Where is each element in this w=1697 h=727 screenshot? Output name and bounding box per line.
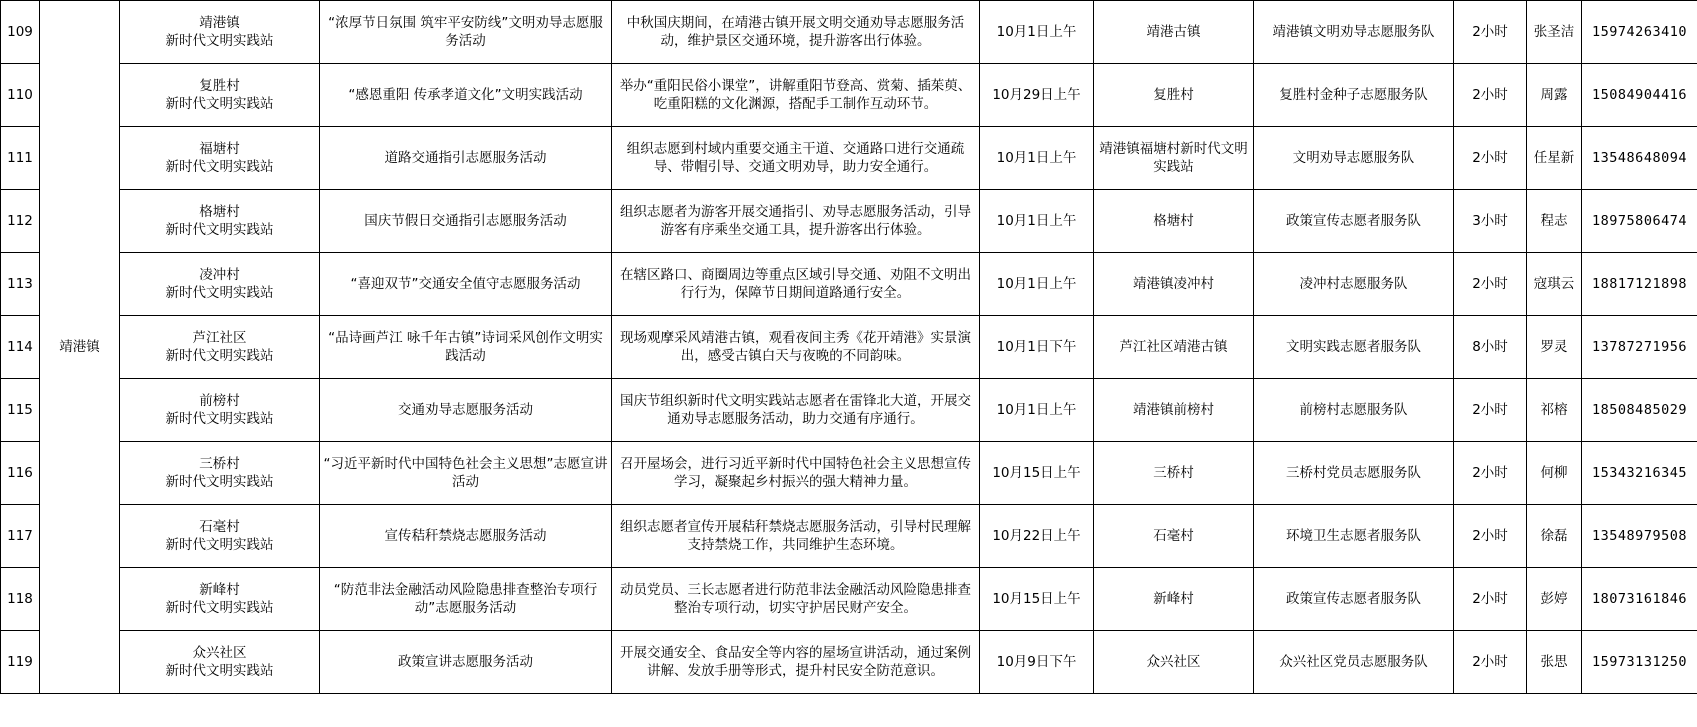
station-suffix: 新时代文明实践站	[123, 473, 316, 491]
row-number-cell: 117	[1, 505, 40, 568]
activity-location-cell: 新峰村	[1094, 568, 1254, 631]
duration-cell: 2小时	[1454, 442, 1527, 505]
station-suffix: 新时代文明实践站	[123, 410, 316, 428]
station-cell: 新峰村新时代文明实践站	[120, 568, 320, 631]
table-row: 119众兴社区新时代文明实践站政策宣讲志愿服务活动开展交通安全、食品安全等内容的…	[1, 631, 1697, 694]
contact-phone-cell: 18508485029	[1582, 379, 1697, 442]
activity-time-cell: 10月1日上午	[980, 379, 1094, 442]
station-cell: 三桥村新时代文明实践站	[120, 442, 320, 505]
contact-phone-cell: 15974263410	[1582, 1, 1697, 64]
row-number-cell: 114	[1, 316, 40, 379]
activity-description-cell: 举办“重阳民俗小课堂”，讲解重阳节登高、赏菊、插茱萸、吃重阳糕的文化渊源，搭配手…	[612, 64, 980, 127]
station-name: 凌冲村	[123, 266, 316, 284]
town-cell: 靖港镇	[40, 1, 120, 694]
duration-cell: 3小时	[1454, 190, 1527, 253]
activity-name-cell: “感恩重阳 传承孝道文化”文明实践活动	[320, 64, 612, 127]
contact-phone-cell: 13548979508	[1582, 505, 1697, 568]
activity-location-cell: 靖港镇凌冲村	[1094, 253, 1254, 316]
activity-description-cell: 中秋国庆期间，在靖港古镇开展文明交通劝导志愿服务活动，维护景区交通环境，提升游客…	[612, 1, 980, 64]
row-number-cell: 118	[1, 568, 40, 631]
table-row: 112格塘村新时代文明实践站国庆节假日交通指引志愿服务活动组织志愿者为游客开展交…	[1, 190, 1697, 253]
station-suffix: 新时代文明实践站	[123, 284, 316, 302]
contact-person-cell: 张圣洁	[1527, 1, 1582, 64]
duration-cell: 8小时	[1454, 316, 1527, 379]
station-name: 福塘村	[123, 140, 316, 158]
row-number-cell: 119	[1, 631, 40, 694]
table-row: 110复胜村新时代文明实践站“感恩重阳 传承孝道文化”文明实践活动举办“重阳民俗…	[1, 64, 1697, 127]
volunteer-team-cell: 政策宣传志愿者服务队	[1254, 190, 1454, 253]
station-suffix: 新时代文明实践站	[123, 347, 316, 365]
duration-cell: 2小时	[1454, 379, 1527, 442]
contact-phone-cell: 18073161846	[1582, 568, 1697, 631]
contact-person-cell: 张思	[1527, 631, 1582, 694]
table-row: 109靖港镇靖港镇新时代文明实践站“浓厚节日氛围 筑牢平安防线”文明劝导志愿服务…	[1, 1, 1697, 64]
volunteer-team-cell: 众兴社区党员志愿服务队	[1254, 631, 1454, 694]
row-number-cell: 111	[1, 127, 40, 190]
station-suffix: 新时代文明实践站	[123, 536, 316, 554]
duration-cell: 2小时	[1454, 505, 1527, 568]
table-row: 116三桥村新时代文明实践站“习近平新时代中国特色社会主义思想”志愿宣讲活动召开…	[1, 442, 1697, 505]
activity-location-cell: 三桥村	[1094, 442, 1254, 505]
activity-name-cell: “品诗画芦江 咏千年古镇”诗词采风创作文明实践活动	[320, 316, 612, 379]
activity-table: 109靖港镇靖港镇新时代文明实践站“浓厚节日氛围 筑牢平安防线”文明劝导志愿服务…	[0, 0, 1697, 694]
volunteer-team-cell: 环境卫生志愿者服务队	[1254, 505, 1454, 568]
activity-name-cell: 交通劝导志愿服务活动	[320, 379, 612, 442]
station-cell: 复胜村新时代文明实践站	[120, 64, 320, 127]
volunteer-team-cell: 文明实践志愿者服务队	[1254, 316, 1454, 379]
station-cell: 前榜村新时代文明实践站	[120, 379, 320, 442]
activity-location-cell: 靖港镇福塘村新时代文明实践站	[1094, 127, 1254, 190]
volunteer-team-cell: 复胜村金种子志愿服务队	[1254, 64, 1454, 127]
activity-description-cell: 动员党员、三长志愿者进行防范非法金融活动风险隐患排查整治专项行动，切实守护居民财…	[612, 568, 980, 631]
activity-location-cell: 芦江社区靖港古镇	[1094, 316, 1254, 379]
contact-phone-cell: 13787271956	[1582, 316, 1697, 379]
activity-location-cell: 靖港古镇	[1094, 1, 1254, 64]
row-number-cell: 115	[1, 379, 40, 442]
contact-phone-cell: 15973131250	[1582, 631, 1697, 694]
station-suffix: 新时代文明实践站	[123, 221, 316, 239]
station-cell: 福塘村新时代文明实践站	[120, 127, 320, 190]
activity-name-cell: “浓厚节日氛围 筑牢平安防线”文明劝导志愿服务活动	[320, 1, 612, 64]
activity-name-cell: 道路交通指引志愿服务活动	[320, 127, 612, 190]
station-suffix: 新时代文明实践站	[123, 32, 316, 50]
duration-cell: 2小时	[1454, 631, 1527, 694]
station-name: 众兴社区	[123, 644, 316, 662]
activity-time-cell: 10月15日上午	[980, 568, 1094, 631]
activity-description-cell: 组织志愿到村域内重要交通主干道、交通路口进行交通疏导、带帽引导、交通文明劝导，助…	[612, 127, 980, 190]
table-row: 115前榜村新时代文明实践站交通劝导志愿服务活动国庆节组织新时代文明实践站志愿者…	[1, 379, 1697, 442]
activity-description-cell: 召开屋场会，进行习近平新时代中国特色社会主义思想宣传学习，凝聚起乡村振兴的强大精…	[612, 442, 980, 505]
volunteer-team-cell: 政策宣传志愿者服务队	[1254, 568, 1454, 631]
duration-cell: 2小时	[1454, 568, 1527, 631]
activity-location-cell: 靖港镇前榜村	[1094, 379, 1254, 442]
activity-time-cell: 10月29日上午	[980, 64, 1094, 127]
activity-time-cell: 10月1日上午	[980, 127, 1094, 190]
station-cell: 石毫村新时代文明实践站	[120, 505, 320, 568]
activity-name-cell: “防范非法金融活动风险隐患排查整治专项行动”志愿服务活动	[320, 568, 612, 631]
activity-description-cell: 开展交通安全、食品安全等内容的屋场宣讲活动，通过案例讲解、发放手册等形式，提升村…	[612, 631, 980, 694]
volunteer-team-cell: 前榜村志愿服务队	[1254, 379, 1454, 442]
row-number-cell: 113	[1, 253, 40, 316]
station-name: 格塘村	[123, 203, 316, 221]
station-suffix: 新时代文明实践站	[123, 662, 316, 680]
contact-phone-cell: 18975806474	[1582, 190, 1697, 253]
contact-person-cell: 何柳	[1527, 442, 1582, 505]
activity-time-cell: 10月1日上午	[980, 1, 1094, 64]
activity-description-cell: 国庆节组织新时代文明实践站志愿者在雷锋北大道，开展交通劝导志愿服务活动，助力交通…	[612, 379, 980, 442]
table-row: 113凌冲村新时代文明实践站“喜迎双节”交通安全值守志愿服务活动在辖区路口、商圈…	[1, 253, 1697, 316]
activity-location-cell: 众兴社区	[1094, 631, 1254, 694]
contact-person-cell: 彭婷	[1527, 568, 1582, 631]
station-name: 靖港镇	[123, 14, 316, 32]
station-cell: 靖港镇新时代文明实践站	[120, 1, 320, 64]
volunteer-team-cell: 三桥村党员志愿服务队	[1254, 442, 1454, 505]
contact-person-cell: 寇琪云	[1527, 253, 1582, 316]
activity-time-cell: 10月22日上午	[980, 505, 1094, 568]
activity-name-cell: 国庆节假日交通指引志愿服务活动	[320, 190, 612, 253]
activity-name-cell: “习近平新时代中国特色社会主义思想”志愿宣讲活动	[320, 442, 612, 505]
table-row: 118新峰村新时代文明实践站“防范非法金融活动风险隐患排查整治专项行动”志愿服务…	[1, 568, 1697, 631]
activity-description-cell: 在辖区路口、商圈周边等重点区域引导交通、劝阻不文明出行行为，保障节日期间道路通行…	[612, 253, 980, 316]
activity-description-cell: 组织志愿者宣传开展秸秆禁烧志愿服务活动，引导村民理解支持禁烧工作，共同维护生态环…	[612, 505, 980, 568]
row-number-cell: 110	[1, 64, 40, 127]
station-name: 复胜村	[123, 77, 316, 95]
contact-person-cell: 罗灵	[1527, 316, 1582, 379]
activity-description-cell: 现场观摩采风靖港古镇，观看夜间主秀《花开靖港》实景演出，感受古镇白天与夜晚的不同…	[612, 316, 980, 379]
station-suffix: 新时代文明实践站	[123, 95, 316, 113]
row-number-cell: 112	[1, 190, 40, 253]
contact-phone-cell: 15343216345	[1582, 442, 1697, 505]
activity-name-cell: 宣传秸秆禁烧志愿服务活动	[320, 505, 612, 568]
activity-time-cell: 10月1日上午	[980, 190, 1094, 253]
station-cell: 众兴社区新时代文明实践站	[120, 631, 320, 694]
station-cell: 芦江社区新时代文明实践站	[120, 316, 320, 379]
contact-person-cell: 周露	[1527, 64, 1582, 127]
contact-phone-cell: 15084904416	[1582, 64, 1697, 127]
volunteer-team-cell: 靖港镇文明劝导志愿服务队	[1254, 1, 1454, 64]
station-name: 新峰村	[123, 581, 316, 599]
activity-description-cell: 组织志愿者为游客开展交通指引、劝导志愿服务活动，引导游客有序乘坐交通工具，提升游…	[612, 190, 980, 253]
duration-cell: 2小时	[1454, 253, 1527, 316]
station-name: 三桥村	[123, 455, 316, 473]
activity-time-cell: 10月15日上午	[980, 442, 1094, 505]
station-cell: 格塘村新时代文明实践站	[120, 190, 320, 253]
activity-time-cell: 10月9日下午	[980, 631, 1094, 694]
contact-phone-cell: 13548648094	[1582, 127, 1697, 190]
table-row: 111福塘村新时代文明实践站道路交通指引志愿服务活动组织志愿到村域内重要交通主干…	[1, 127, 1697, 190]
station-suffix: 新时代文明实践站	[123, 158, 316, 176]
row-number-cell: 116	[1, 442, 40, 505]
contact-phone-cell: 18817121898	[1582, 253, 1697, 316]
contact-person-cell: 任星新	[1527, 127, 1582, 190]
activity-time-cell: 10月1日下午	[980, 316, 1094, 379]
duration-cell: 2小时	[1454, 127, 1527, 190]
table-body: 109靖港镇靖港镇新时代文明实践站“浓厚节日氛围 筑牢平安防线”文明劝导志愿服务…	[1, 1, 1697, 694]
duration-cell: 2小时	[1454, 1, 1527, 64]
contact-person-cell: 徐磊	[1527, 505, 1582, 568]
station-cell: 凌冲村新时代文明实践站	[120, 253, 320, 316]
activity-location-cell: 格塘村	[1094, 190, 1254, 253]
table-row: 117石毫村新时代文明实践站宣传秸秆禁烧志愿服务活动组织志愿者宣传开展秸秆禁烧志…	[1, 505, 1697, 568]
contact-person-cell: 程志	[1527, 190, 1582, 253]
station-name: 芦江社区	[123, 329, 316, 347]
activity-location-cell: 复胜村	[1094, 64, 1254, 127]
row-number-cell: 109	[1, 1, 40, 64]
station-name: 前榜村	[123, 392, 316, 410]
station-name: 石毫村	[123, 518, 316, 536]
activity-name-cell: “喜迎双节”交通安全值守志愿服务活动	[320, 253, 612, 316]
station-suffix: 新时代文明实践站	[123, 599, 316, 617]
activity-location-cell: 石毫村	[1094, 505, 1254, 568]
table-row: 114芦江社区新时代文明实践站“品诗画芦江 咏千年古镇”诗词采风创作文明实践活动…	[1, 316, 1697, 379]
volunteer-team-cell: 文明劝导志愿服务队	[1254, 127, 1454, 190]
contact-person-cell: 祁榕	[1527, 379, 1582, 442]
activity-name-cell: 政策宣讲志愿服务活动	[320, 631, 612, 694]
activity-time-cell: 10月1日上午	[980, 253, 1094, 316]
duration-cell: 2小时	[1454, 64, 1527, 127]
volunteer-team-cell: 凌冲村志愿服务队	[1254, 253, 1454, 316]
